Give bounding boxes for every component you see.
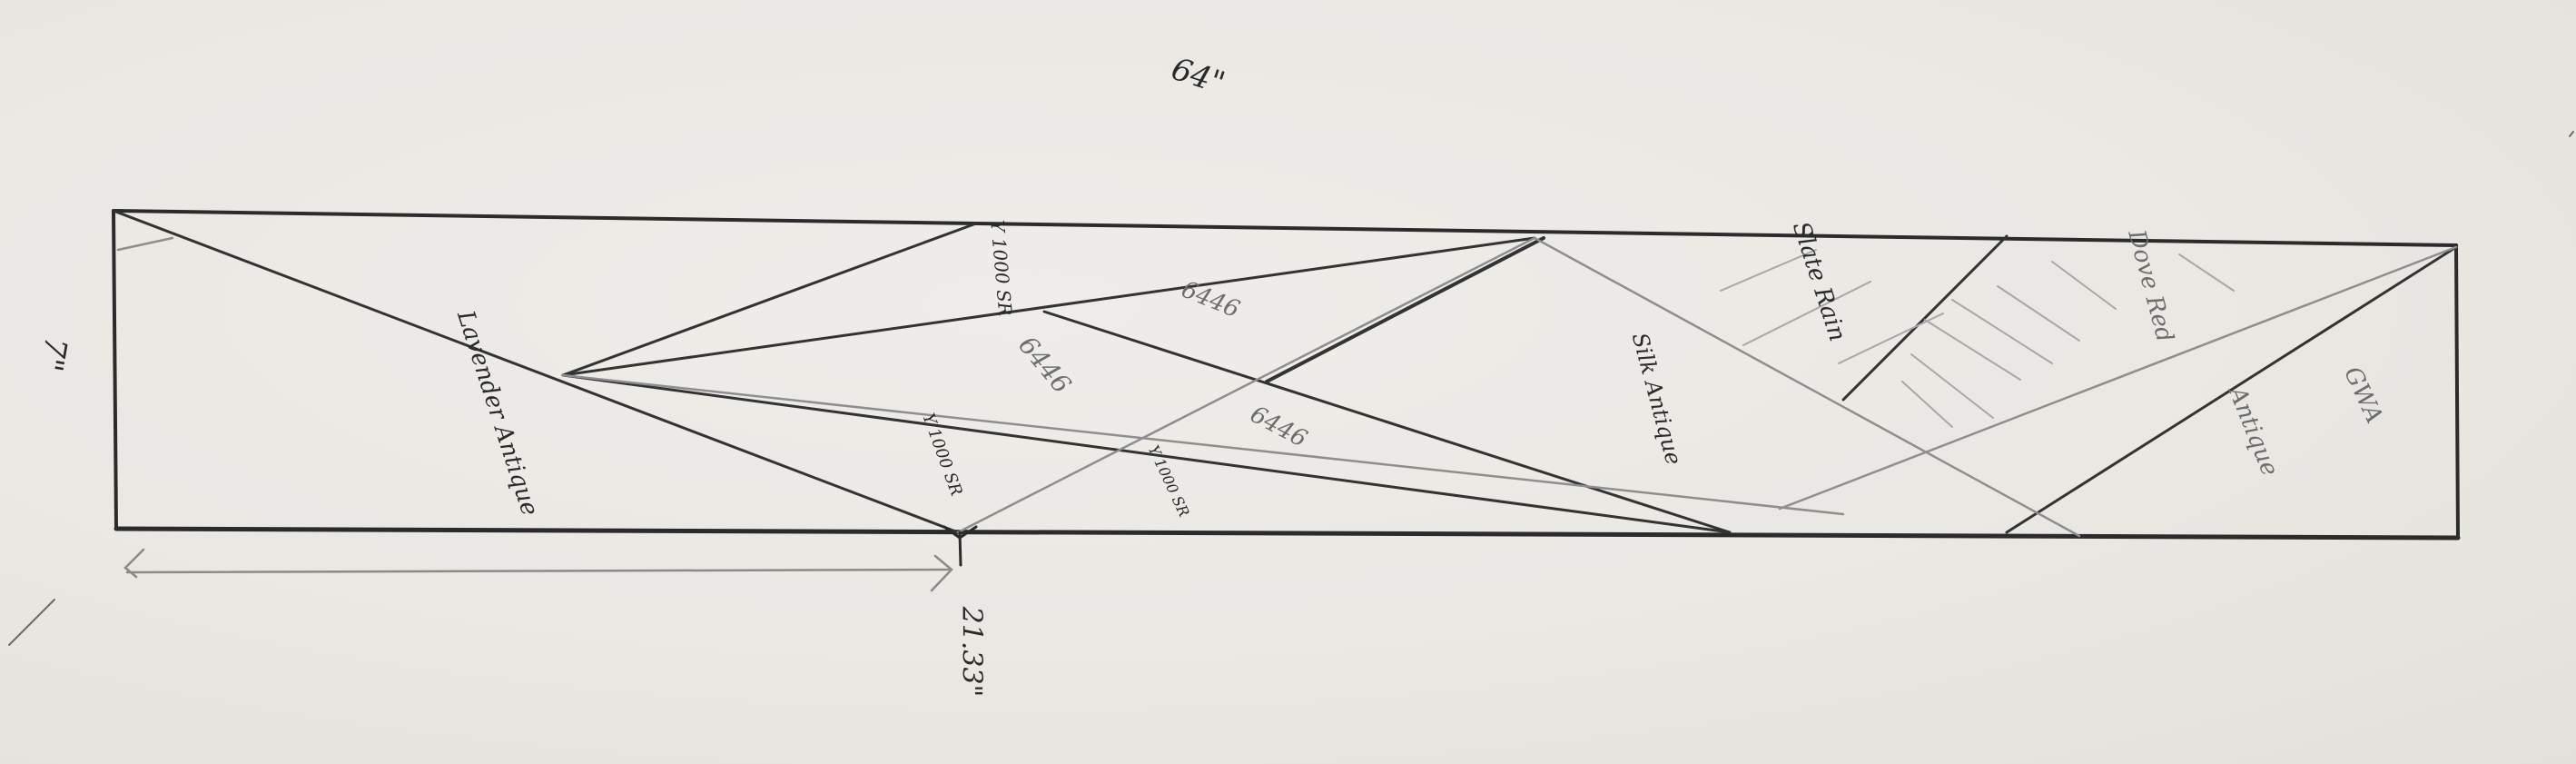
right-border: [2456, 245, 2458, 538]
label-num: 1000: [988, 237, 1013, 285]
label-y: Y: [986, 219, 1009, 233]
quilt-diagram-lines: [0, 0, 2576, 764]
top-border: [114, 211, 2456, 245]
label-sr: SR: [992, 289, 1016, 317]
bottom-border: [116, 529, 2458, 538]
paper-sheet: 64" 7" 21.33" Lavender Antique Y 1000 SR…: [0, 0, 2576, 764]
left-border: [114, 211, 116, 529]
height-dimension-label: 7": [33, 334, 74, 374]
segment-length-label: 21.33": [955, 607, 987, 698]
